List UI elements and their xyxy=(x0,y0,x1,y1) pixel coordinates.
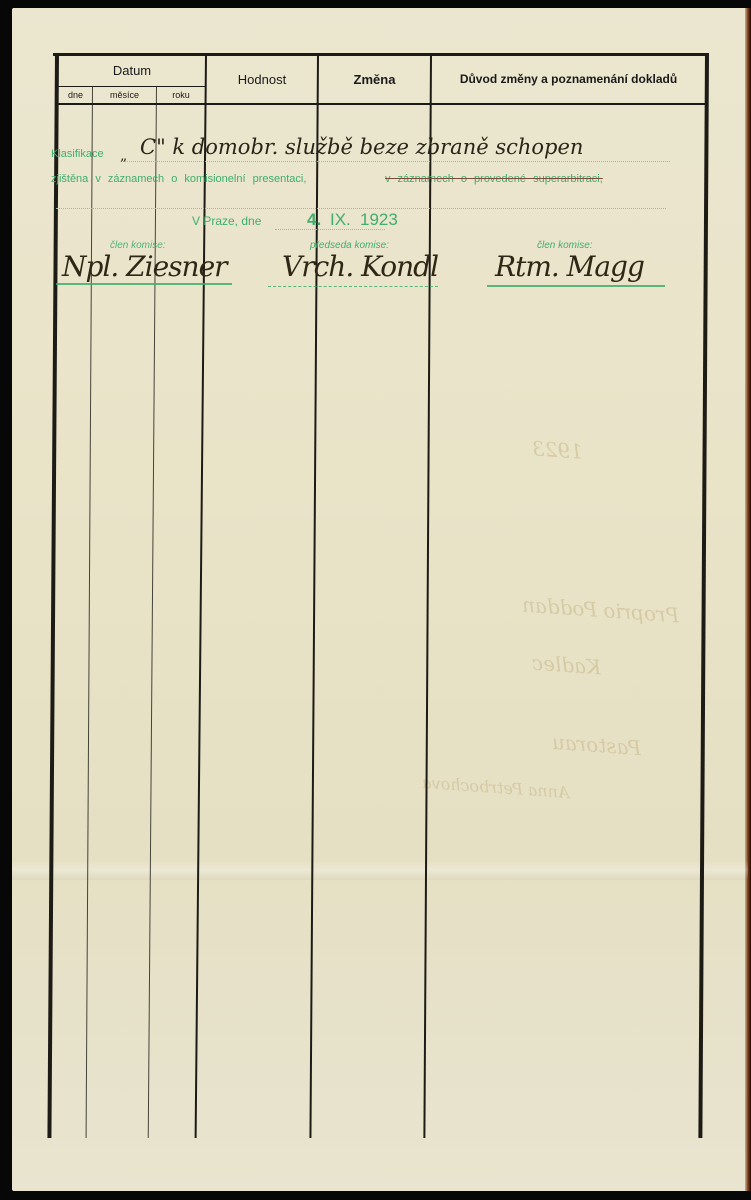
bleed-text: Proprio Poddan xyxy=(521,593,680,628)
header-mesice: měsíce xyxy=(93,90,156,100)
header-zmena: Změna xyxy=(319,72,430,87)
date-year: 1923 xyxy=(360,210,398,230)
bleed-text: Pastorau xyxy=(551,730,642,760)
table-top-border xyxy=(53,53,709,56)
signature-line-center xyxy=(268,285,438,287)
bleed-text: Anna Petrbochova xyxy=(422,773,571,802)
klasifikace-dotted-line xyxy=(125,161,670,162)
date-month: IX. xyxy=(330,210,351,230)
header-datum: Datum xyxy=(59,63,205,78)
klasifikace-value: C" k domobr. službě beze zbraně schopen xyxy=(140,135,583,159)
header-dne: dne xyxy=(59,90,92,100)
signature-right: Rtm. Magg xyxy=(495,250,644,283)
header-duvod: Důvod změny a poznamenání dokladů xyxy=(432,72,705,86)
date-day: 4. xyxy=(307,210,321,230)
bleed-text: 1923 xyxy=(531,436,583,463)
header-hodnost: Hodnost xyxy=(207,72,317,87)
bleed-text: Kadlec xyxy=(531,651,602,680)
signature-line-right xyxy=(487,285,665,287)
document-page: 1923 Proprio Poddan Kadlec Pastorau Anna… xyxy=(12,8,748,1191)
fold-crease xyxy=(12,860,748,880)
datum-sub-rule xyxy=(56,86,205,87)
label-place-date: V Praze, dne xyxy=(192,214,261,228)
label-zjistena: zjištěna v záznamech o komisionelní pres… xyxy=(51,173,306,185)
signature-line-left xyxy=(56,283,232,285)
divider-dotted-line xyxy=(56,208,666,209)
page-edge xyxy=(745,8,751,1191)
label-klasifikace: Klasifikace xyxy=(51,148,104,160)
signature-center: Vrch. Kondl xyxy=(282,250,438,283)
signature-left: Npl. Ziesner xyxy=(62,250,227,283)
struck-superarbitrace: v záznamech o provedené superarbitraci, xyxy=(385,173,603,185)
header-bottom-rule xyxy=(56,103,706,105)
header-roku: roku xyxy=(157,90,205,100)
